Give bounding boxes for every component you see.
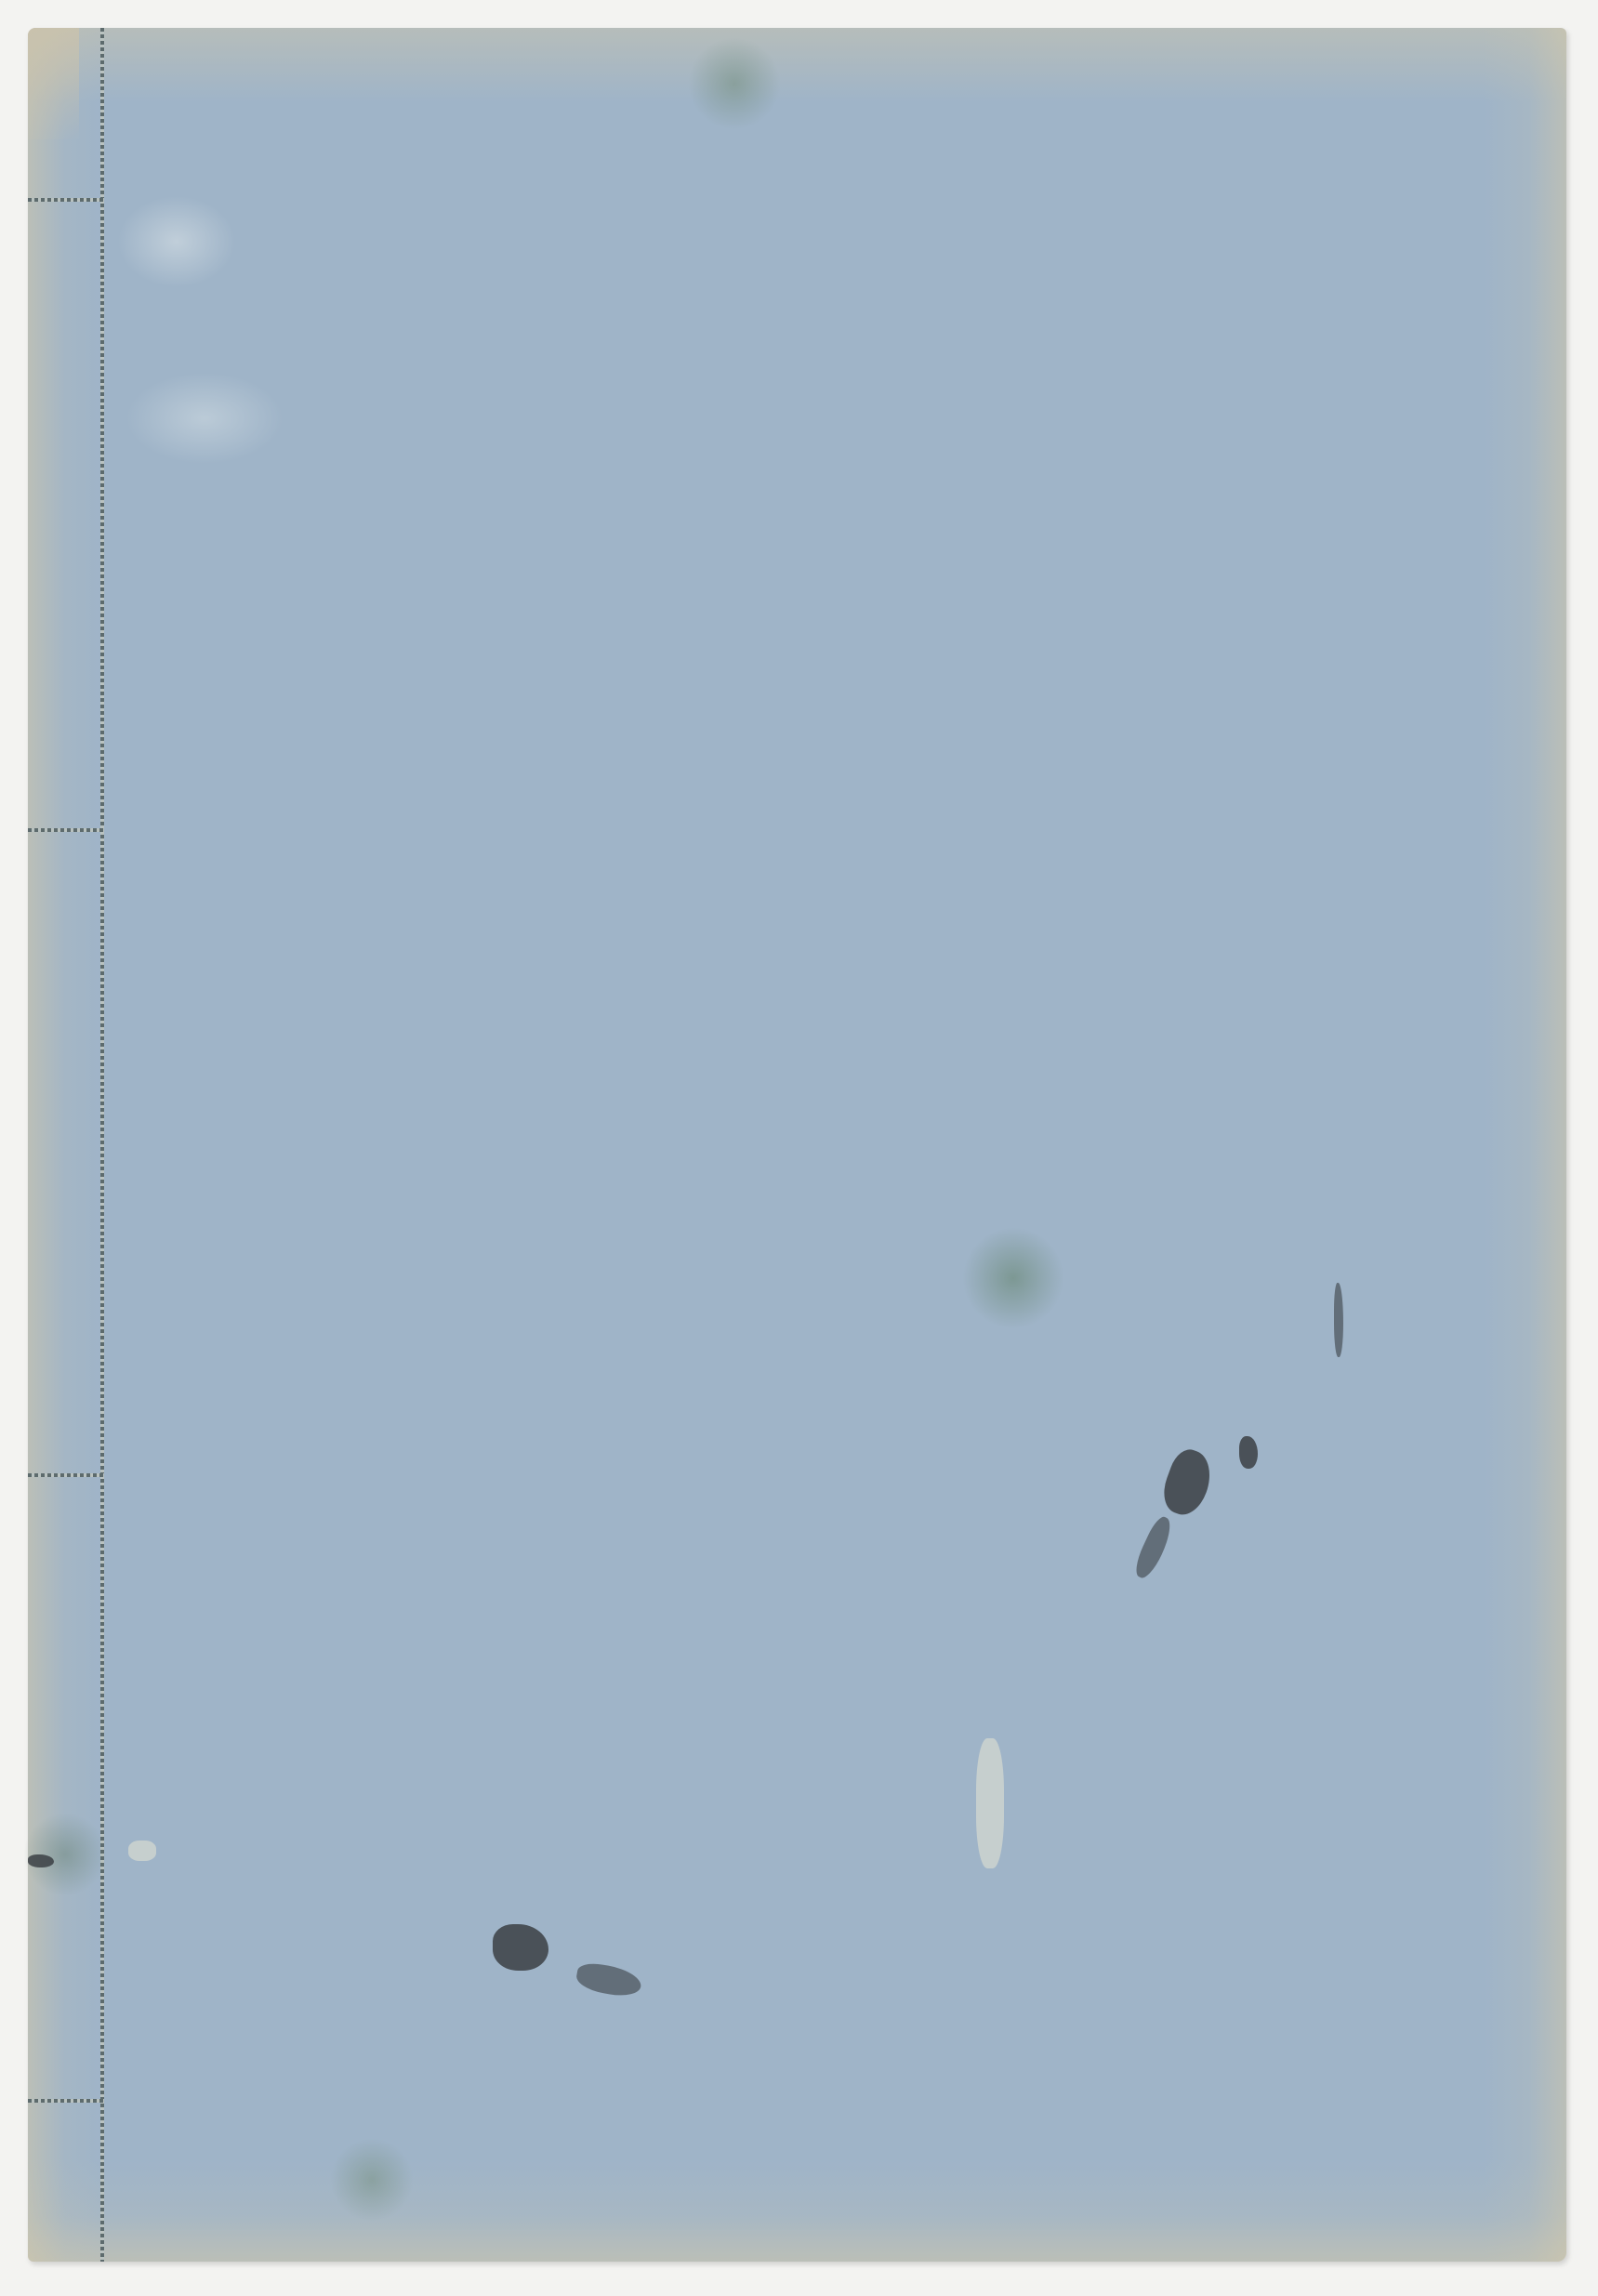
ink-mark bbox=[493, 1924, 548, 1971]
binding-thread bbox=[100, 28, 104, 2262]
ink-mark bbox=[1334, 1283, 1343, 1357]
ink-mark bbox=[1156, 1445, 1218, 1520]
stain-top bbox=[688, 37, 781, 130]
ink-mark bbox=[1239, 1436, 1258, 1469]
stain-bottom bbox=[330, 2138, 414, 2222]
stitch-4 bbox=[28, 2099, 104, 2103]
ink-mark bbox=[1130, 1514, 1177, 1582]
stitch-1 bbox=[28, 198, 104, 202]
fade-spot bbox=[128, 1841, 156, 1861]
stitch-3 bbox=[28, 1473, 104, 1477]
ink-mark bbox=[574, 1960, 643, 1999]
ink-mark bbox=[28, 1854, 54, 1867]
stitch-2 bbox=[28, 828, 104, 832]
stain-middle bbox=[962, 1227, 1064, 1329]
corner-wear bbox=[28, 28, 79, 139]
fade-spot bbox=[976, 1738, 1004, 1868]
book-cover bbox=[28, 28, 1566, 2262]
